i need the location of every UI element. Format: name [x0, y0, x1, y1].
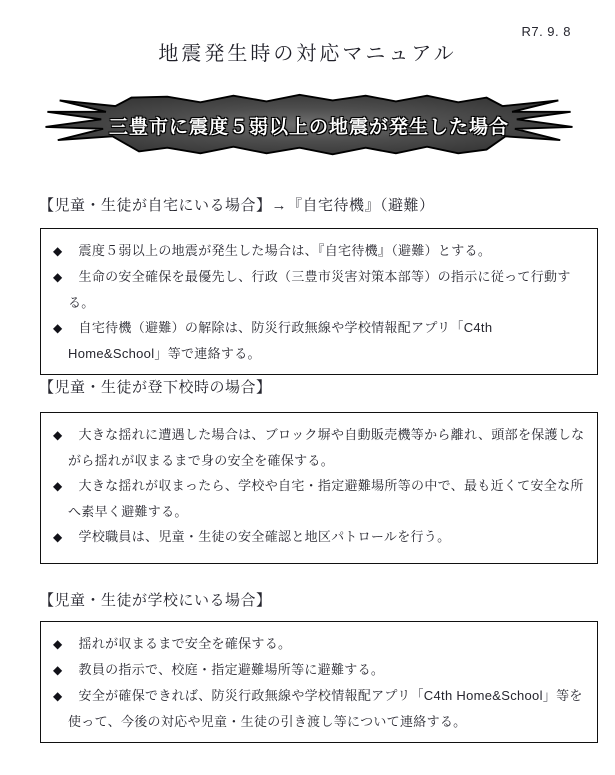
list-item-text: 学校職員は、児童・生徒の安全確認と地区パトロールを行う。 [79, 529, 451, 544]
list-item: ◆教員の指示で、校庭・指定避難場所等に避難する。 [53, 657, 587, 683]
list-item-text: 教員の指示で、校庭・指定避難場所等に避難する。 [79, 662, 385, 677]
list-item-text: 震度５弱以上の地震が発生した場合は、『自宅待機』（避難）とする。 [79, 243, 492, 258]
list-item: ◆大きな揺れが収まったら、学校や自宅・指定避難場所等の中で、最も近くて安全な所へ… [53, 473, 587, 524]
list-item: ◆揺れが収まるまで安全を確保する。 [53, 631, 587, 657]
list-item-text: 安全が確保できれば、防災行政無線や学校情報配アプリ「C4th Home&Scho… [68, 688, 583, 729]
section-at-home: 【児童・生徒が自宅にいる場合】→『自宅待機』（避難） ◆震度５弱以上の地震が発生… [38, 194, 598, 375]
diamond-bullet-icon: ◆ [53, 321, 63, 335]
banner-text: 三豊市に震度５弱以上の地震が発生した場合 [33, 91, 585, 159]
list-item: ◆安全が確保できれば、防災行政無線や学校情報配アプリ「C4th Home&Sch… [53, 683, 587, 734]
section-box: ◆震度５弱以上の地震が発生した場合は、『自宅待機』（避難）とする。 ◆生命の安全… [40, 228, 598, 375]
diamond-bullet-icon: ◆ [53, 428, 63, 442]
diamond-bullet-icon: ◆ [53, 689, 63, 703]
diamond-bullet-icon: ◆ [53, 530, 63, 544]
alert-banner: 三豊市に震度５弱以上の地震が発生した場合 [33, 91, 585, 159]
section-box: ◆揺れが収まるまで安全を確保する。 ◆教員の指示で、校庭・指定避難場所等に避難す… [40, 621, 598, 743]
list-item: ◆学校職員は、児童・生徒の安全確認と地区パトロールを行う。 [53, 524, 587, 550]
page-title: 地震発生時の対応マニュアル [0, 37, 615, 66]
list-item: ◆震度５弱以上の地震が発生した場合は、『自宅待機』（避難）とする。 [53, 238, 587, 264]
document-page: R7. 9. 8 地震発生時の対応マニュアル 三豊市に震度５弱以上の地震が発生し… [0, 0, 615, 775]
section-heading: 【児童・生徒が登下校時の場合】 [39, 376, 598, 397]
list-item-text: 大きな揺れに遭遇した場合は、ブロック塀や自動販売機等から離れ、頭部を保護しながら… [68, 427, 584, 468]
list-item: ◆自宅待機（避難）の解除は、防災行政無線や学校情報配アプリ「C4th Home&… [53, 315, 587, 366]
diamond-bullet-icon: ◆ [53, 244, 63, 258]
section-commuting: 【児童・生徒が登下校時の場合】 ◆大きな揺れに遭遇した場合は、ブロック塀や自動販… [38, 376, 598, 564]
section-heading: 【児童・生徒が自宅にいる場合】→『自宅待機』（避難） [39, 194, 598, 215]
section-at-school: 【児童・生徒が学校にいる場合】 ◆揺れが収まるまで安全を確保する。 ◆教員の指示… [38, 589, 598, 743]
list-item-text: 自宅待機（避難）の解除は、防災行政無線や学校情報配アプリ「C4th Home&S… [68, 320, 492, 361]
diamond-bullet-icon: ◆ [53, 479, 63, 493]
list-item: ◆大きな揺れに遭遇した場合は、ブロック塀や自動販売機等から離れ、頭部を保護しなが… [53, 422, 587, 473]
list-item: ◆生命の安全確保を最優先し、行政（三豊市災害対策本部等）の指示に従って行動する。 [53, 264, 587, 315]
section-box: ◆大きな揺れに遭遇した場合は、ブロック塀や自動販売機等から離れ、頭部を保護しなが… [40, 412, 598, 564]
list-item-text: 大きな揺れが収まったら、学校や自宅・指定避難場所等の中で、最も近くて安全な所へ素… [68, 478, 584, 519]
diamond-bullet-icon: ◆ [53, 637, 63, 651]
list-item-text: 揺れが収まるまで安全を確保する。 [79, 636, 292, 651]
list-item-text: 生命の安全確保を最優先し、行政（三豊市災害対策本部等）の指示に従って行動する。 [68, 269, 571, 310]
diamond-bullet-icon: ◆ [53, 270, 63, 284]
section-heading: 【児童・生徒が学校にいる場合】 [39, 589, 598, 610]
diamond-bullet-icon: ◆ [53, 663, 63, 677]
